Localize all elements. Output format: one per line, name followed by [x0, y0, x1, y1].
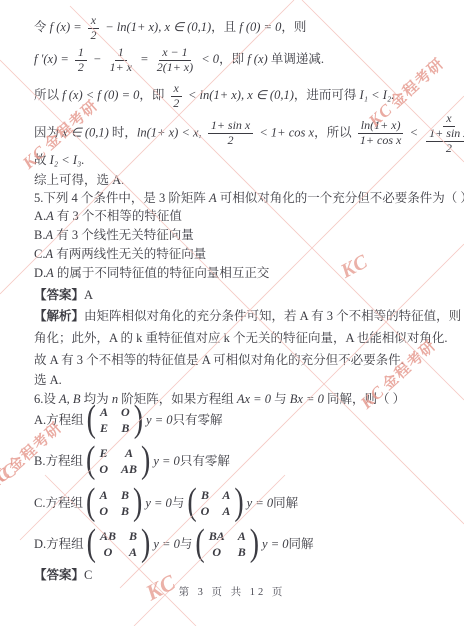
question-5-analysis-2: 角化；此外，A 的 k 重特征值对应 k 个无关的特征向量，A 也能相似对角化. [34, 330, 448, 346]
solution-line-1: 令 f (x) = x2 − ln(1+ x), x ∈ (0,1)，且 f (… [34, 14, 306, 43]
question-6-option-d: D.方程组(ABBOA)y = 0 与 (BAAOB)y = 0 同解 [34, 529, 314, 560]
answer-value: C [84, 568, 92, 582]
question-6-option-a: A.方程组(AOEB)y = 0 只有零解 [34, 405, 223, 436]
matrix: (ABOB) [86, 488, 142, 519]
left-paren: ( [87, 401, 96, 439]
fraction: x2 [171, 82, 182, 111]
solution-line-3: 所以 f (x) < f (0) = 0，即 x2 < ln(1+ x), x … [34, 82, 394, 111]
option-label: B. [34, 228, 45, 242]
question-5-option-d: D.A 的属于不同特征值的特征向量相互正交 [34, 265, 269, 281]
answer-label: 【答案】 [34, 568, 84, 582]
question-6-answer: 【答案】C [34, 567, 92, 583]
question-5-option-a: A.A 有 3 个不相等的特征值 [34, 208, 182, 224]
solution-line-5: 故 I₂ < I₃. [34, 152, 84, 168]
answer-label: 【答案】 [34, 288, 84, 302]
matrix: (BAOA) [187, 488, 243, 519]
left-paren: ( [86, 484, 95, 522]
right-paren: ) [134, 401, 143, 439]
matrix: (EAOAB) [86, 446, 150, 477]
fraction: 1+ sin x2 [426, 127, 464, 156]
matrix: (BAAOB) [195, 529, 259, 560]
left-paren: ( [195, 525, 204, 563]
left-paren: ( [86, 442, 95, 480]
right-paren: ) [234, 484, 243, 522]
right-paren: ) [141, 525, 150, 563]
option-label: D. [34, 536, 46, 552]
option-label: C. [34, 247, 45, 261]
solution-conclusion: 综上可得，选 A. [34, 172, 124, 188]
left-paren: ( [87, 525, 96, 563]
fraction: ln(1+ x)1+ cos x [358, 119, 404, 148]
matrix: (ABBOA) [87, 529, 151, 560]
fraction: x − 12(1+ x) [155, 46, 195, 75]
fraction: 1+ sin x2 [208, 119, 253, 148]
answer-value: A [84, 288, 93, 302]
option-label: D. [34, 266, 46, 280]
fraction: 12 [75, 46, 87, 75]
question-5-title: 5.下列 4 个条件中，是 3 阶矩阵 A 可相似对角化的一个充分但不必要条件为… [34, 190, 464, 206]
question-6-option-c: C.方程组(ABOB)y = 0 与 (BAOA)y = 0 同解 [34, 488, 298, 519]
question-6-option-b: B.方程组(EAOAB)y = 0 只有零解 [34, 446, 230, 477]
nested-fraction: x1+ sin x2 [424, 112, 464, 155]
option-label: A. [34, 412, 46, 428]
question-5-option-c: C.A 有两两线性无关的特征向量 [34, 246, 206, 262]
page-number: 第 3 页 共 12 页 [0, 584, 464, 599]
brand-monogram: KC [336, 250, 371, 283]
question-5-option-b: B.A 有 3 个线性无关特征向量 [34, 227, 194, 243]
fraction: x2 [88, 14, 99, 43]
question-5-analysis-1: 【解析】由矩阵相似对角化的充分条件可知，若 A 有 3 个不相等的特征值，则 A… [34, 308, 464, 324]
right-paren: ) [250, 525, 259, 563]
solution-line-4: 因为 x ∈ (0,1) 时，ln(1+ x) < x, 1+ sin x2 <… [34, 112, 464, 155]
question-5-answer: 【答案】A [34, 287, 93, 303]
option-label: C. [34, 495, 45, 511]
option-label: A. [34, 209, 46, 223]
question-5-analysis-3: 故 A 有 3 个不相等的特征值是 A 可相似对角化的充分但不必要条件. [34, 352, 404, 368]
right-paren: ) [133, 484, 142, 522]
solution-line-2: f ′(x) = 12 − 11+ x = x − 12(1+ x) < 0，即… [34, 46, 324, 75]
brand-monogram: KC [0, 458, 21, 491]
right-paren: ) [141, 442, 150, 480]
question-5-analysis-4: 选 A. [34, 372, 62, 388]
exam-solution-page: 令 f (x) = x2 − ln(1+ x), x ∈ (0,1)，且 f (… [0, 0, 464, 626]
option-label: B. [34, 453, 45, 469]
left-paren: ( [187, 484, 196, 522]
analysis-label: 【解析】 [34, 309, 84, 323]
fraction: 11+ x [108, 46, 134, 75]
matrix: (AOEB) [87, 405, 143, 436]
